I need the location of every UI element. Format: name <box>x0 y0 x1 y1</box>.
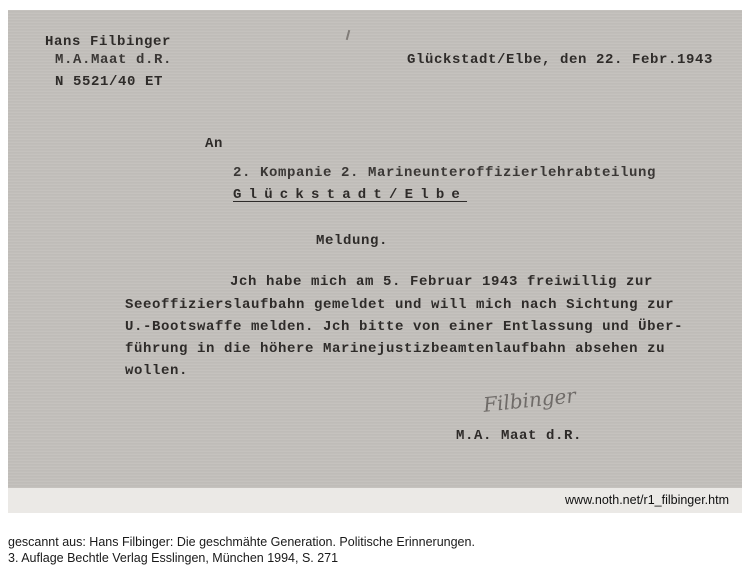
caption-line-2: 3. Auflage Bechtle Verlag Esslingen, Mün… <box>8 551 338 565</box>
recipient-prefix: An <box>205 136 223 152</box>
scanned-document: Hans Filbinger M.A.Maat d.R. N 5521/40 E… <box>8 10 742 513</box>
paper-mark <box>346 30 351 40</box>
recipient-city: Glückstadt/Elbe <box>233 187 467 203</box>
handwritten-signature: Filbinger <box>482 383 577 417</box>
sender-reference: N 5521/40 ET <box>55 74 163 90</box>
caption-line-1: gescannt aus: Hans Filbinger: Die geschm… <box>8 535 475 549</box>
place-date: Glückstadt/Elbe, den 22. Febr.1943 <box>407 52 713 68</box>
source-url: www.noth.net/r1_filbinger.htm <box>565 493 729 507</box>
subject: Meldung. <box>316 233 388 249</box>
body-line: Jch habe mich am 5. Februar 1943 freiwil… <box>230 274 653 290</box>
body-line: Seeoffizierslaufbahn gemeldet und will m… <box>125 297 674 313</box>
body-line: führung in die höhere Marinejustizbeamte… <box>125 341 665 357</box>
letter-paper: Hans Filbinger M.A.Maat d.R. N 5521/40 E… <box>8 10 742 488</box>
body-line: U.-Bootswaffe melden. Jch bitte von eine… <box>125 319 683 335</box>
signature-rank: M.A. Maat d.R. <box>456 428 582 444</box>
recipient-unit: 2. Kompanie 2. Marineunteroffizierlehrab… <box>233 165 656 181</box>
body-line: wollen. <box>125 363 188 379</box>
sender-name: Hans Filbinger <box>45 34 171 50</box>
sender-rank: M.A.Maat d.R. <box>55 52 172 68</box>
